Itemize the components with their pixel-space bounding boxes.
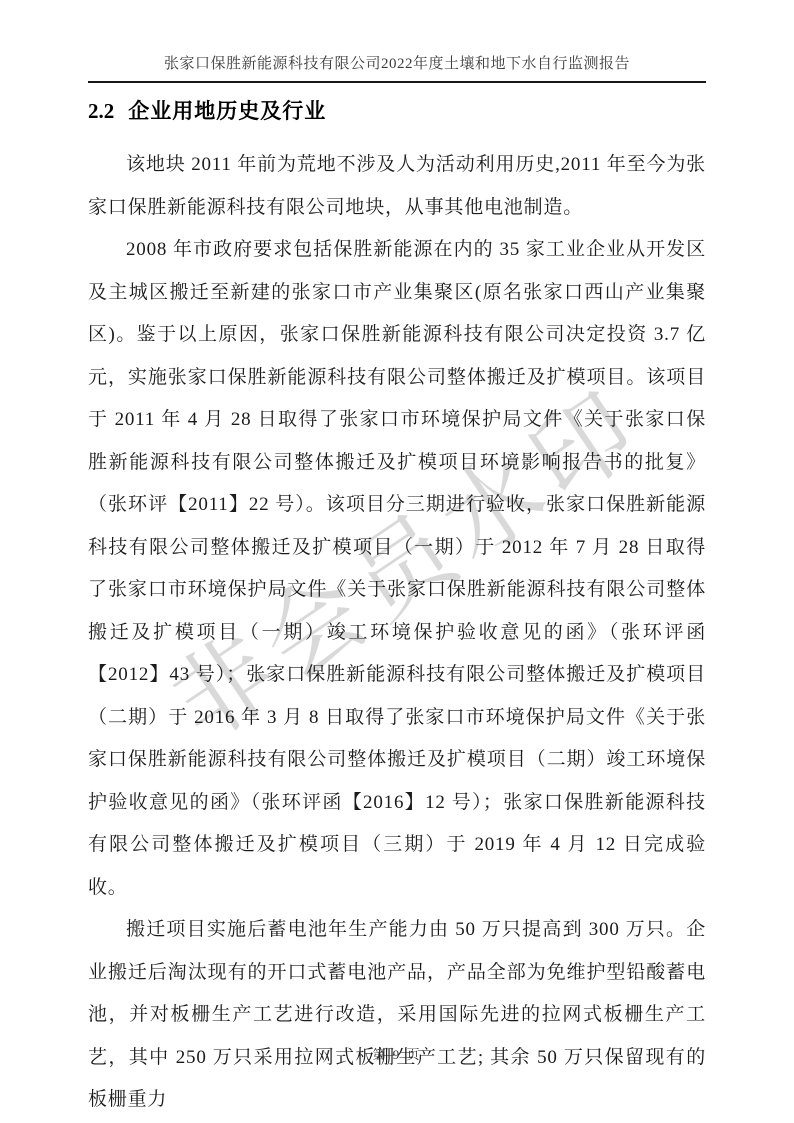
running-head-title: 张家口保胜新能源科技有限公司2022年度土壤和地下水自行监测报告 [0, 55, 794, 73]
page-number: 第 9 页 [372, 1047, 421, 1062]
page-header: 张家口保胜新能源科技有限公司2022年度土壤和地下水自行监测报告 [0, 0, 794, 83]
section-number: 2.2 [88, 99, 114, 123]
header-divider [88, 81, 706, 83]
paragraph-relocation-project: 2008 年市政府要求包括保胜新能源在内的 35 家工业企业从开发区及主城区搬迁… [88, 229, 706, 909]
section-title: 企业用地历史及行业 [128, 100, 326, 123]
paragraph-block: 该地块 2011 年前为荒地不涉及人为活动利用历史,2011 年至今为张家口保胜… [88, 144, 706, 1122]
paragraph-production-capacity: 搬迁项目实施后蓄电池年生产能力由 50 万只提高到 300 万只。企业搬迁后淘汰… [88, 909, 706, 1122]
paragraph-land-history: 该地块 2011 年前为荒地不涉及人为活动利用历史,2011 年至今为张家口保胜… [88, 144, 706, 229]
report-page: 非会员水印 张家口保胜新能源科技有限公司2022年度土壤和地下水自行监测报告 2… [0, 0, 794, 1123]
page-footer: 第 9 页 [0, 1044, 794, 1064]
section-heading: 2.2企业用地历史及行业 [88, 98, 706, 125]
document-body: 2.2企业用地历史及行业 该地块 2011 年前为荒地不涉及人为活动利用历史,2… [88, 98, 706, 1122]
